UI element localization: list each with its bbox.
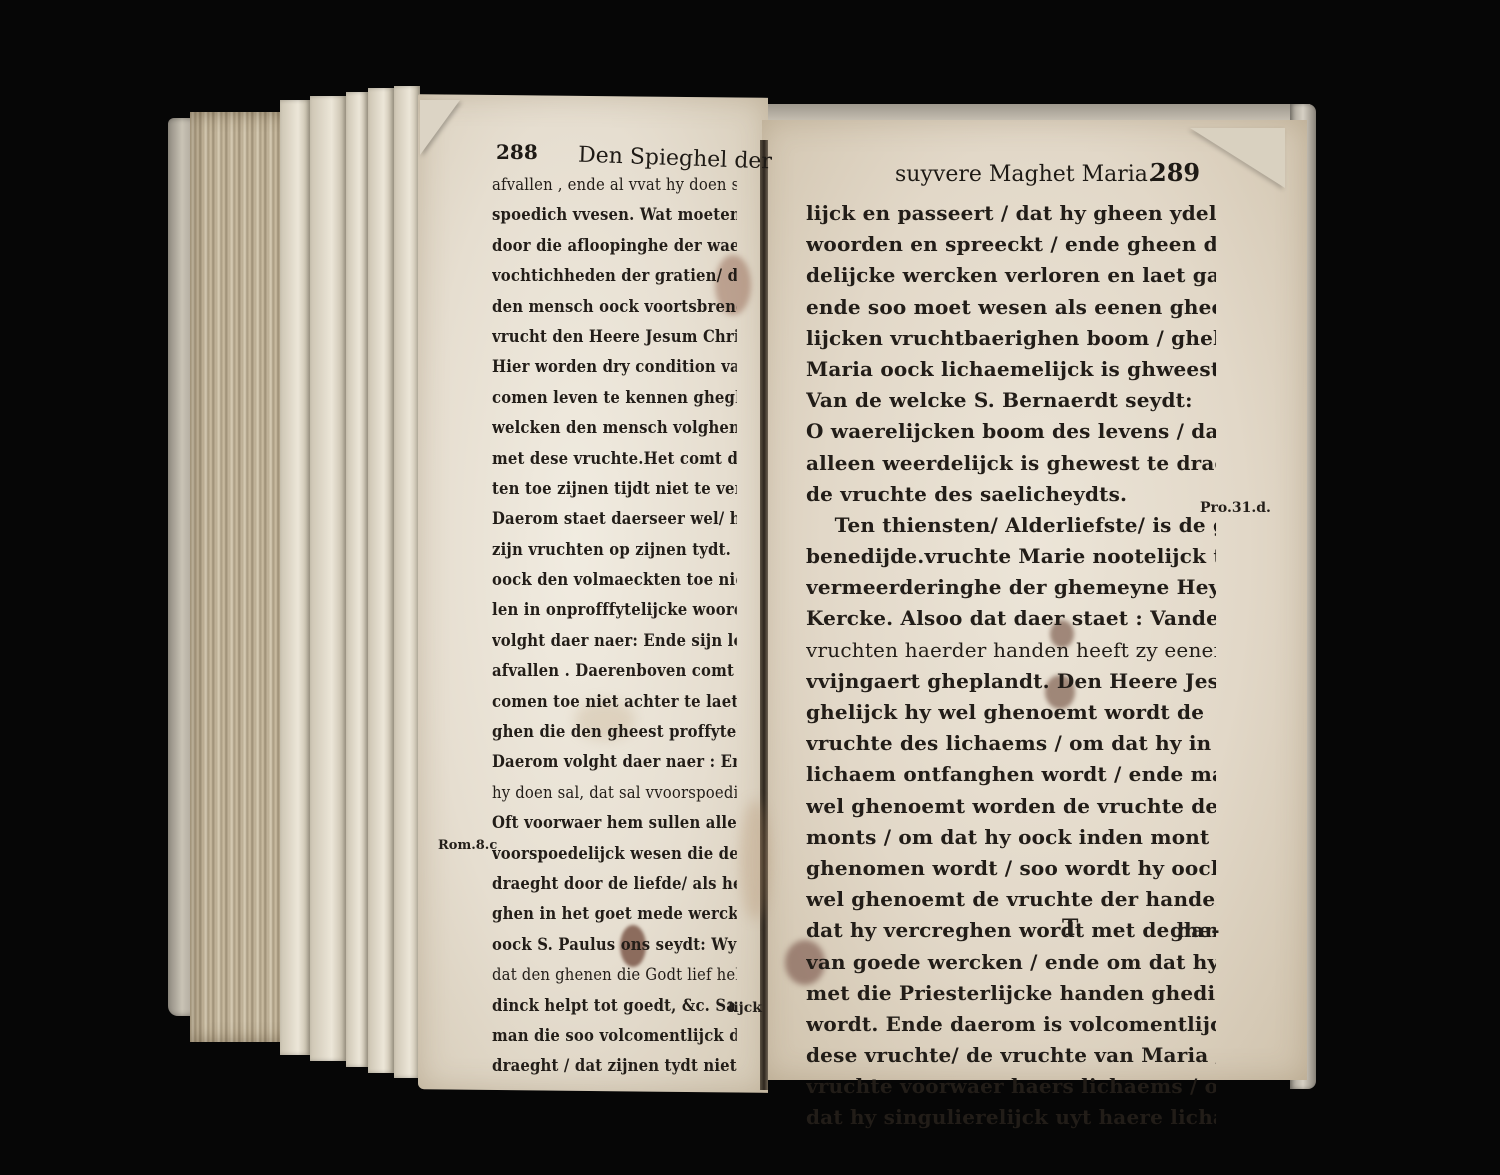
book-photograph: 288 Den Spieghel der afvallen , ende al … (0, 0, 1500, 1175)
text-line: dat hy vercreghen wordt met de handen (806, 915, 1216, 946)
page-number-left: 288 (496, 140, 538, 164)
text-line: oock den volmaeckten toe niet uyt te val… (492, 565, 737, 595)
text-line: hy doen sal, dat sal vvoorspoedich vvese… (492, 778, 737, 808)
text-line: ghenomen wordt / soo wordt hy oock (806, 853, 1216, 884)
text-line: volght daer naer: Ende sijn loof en sal … (492, 626, 737, 656)
catchword-right: ghe- (1170, 918, 1220, 942)
text-line: draeght / dat zijnen tydt niet onproffyt… (492, 1051, 737, 1081)
text-line: comen leven te kennen ghegheven / de (492, 383, 737, 413)
text-line: Hier worden dry condition van een vol- (492, 352, 737, 382)
text-line: ende soo moet wesen als eenen gheeste- (806, 292, 1216, 323)
text-line: den mensch oock voortsbrenghe zijn (492, 292, 737, 322)
text-line: man die soo volcomentlijck dese vruchte (492, 1021, 737, 1051)
text-line: spoedich vvesen. Wat moeten wy verstaen (492, 200, 737, 230)
text-line: lijcken vruchtbaerighen boom / ghelijck (806, 323, 1216, 354)
signature-mark: T (1062, 915, 1078, 941)
text-line: wordt. Ende daerom is volcomentlijck (806, 1009, 1216, 1040)
text-line: zijn vruchten op zijnen tydt. Het comt (492, 535, 737, 565)
text-line: door die afloopinghe der waeteren / dat (492, 231, 737, 261)
text-line: lijck en passeert / dat hy gheen ydel (806, 198, 1216, 229)
text-line: Daerom staet daerseer wel/ hy sal geven (492, 504, 737, 534)
text-line: afvallen , ende al vvat hy doen sal, sal… (492, 170, 737, 200)
text-line: ten toe zijnen tijdt niet te versuymen. (492, 474, 737, 504)
text-line: lichaem ontfanghen wordt / ende mach (806, 759, 1216, 790)
text-line: welcken den mensch volghen ghelaeden (492, 413, 737, 443)
text-line: vrucht den Heere Jesum Christum. (492, 322, 737, 352)
text-line: Maria oock lichaemelijck is ghweest. (806, 354, 1216, 385)
text-line: voorspoedelijck wesen die dese vruchte (492, 839, 737, 869)
running-head-right: suyvere Maghet Maria. (895, 162, 1155, 187)
folded-corner-right (1190, 128, 1285, 188)
folded-corner-left (420, 100, 460, 155)
text-line: benedijde.vruchte Marie nootelijck tot (806, 541, 1216, 572)
text-line: vruchte voorwaer haers lichaems / om (806, 1071, 1216, 1102)
text-line: vermeerderinghe der ghemeyne Heylighe (806, 572, 1216, 603)
margin-note-left: Rom.8.c (438, 838, 497, 853)
text-line: monts / om dat hy oock inden mont (806, 822, 1216, 853)
text-line: vruchten haerder handen heeft zy eenen (806, 635, 1216, 666)
text-line: O waerelijcken boom des levens / dat (806, 416, 1216, 447)
page-stack-step (394, 86, 420, 1078)
text-line: vochtichheden der gratien/ door de welck (492, 261, 737, 291)
text-line: dinck helpt tot goedt, &c. Saelich is de… (492, 991, 737, 1021)
text-line: alleen weerdelijck is ghewest te draghen (806, 448, 1216, 479)
catchword-left: lijck (728, 1000, 762, 1016)
page-stack-step (310, 96, 346, 1061)
page-stack-step (368, 88, 394, 1073)
text-line: vruchte des lichaems / om dat hy in het (806, 728, 1216, 759)
text-line: draeght door de liefde/ als hem alle din… (492, 869, 737, 899)
text-line: ghen die den gheest proffytelijck zijn. (492, 717, 737, 747)
left-page-text: afvallen , ende al vvat hy doen sal, sal… (492, 170, 764, 1082)
text-line: Van de welcke S. Bernaerdt seydt: (806, 385, 1216, 416)
text-line: de vruchte des saelicheydts. (806, 479, 1216, 510)
text-line: len in onprofffytelijcke woorden. Daerom (492, 595, 737, 625)
text-line: van goede wercken / ende om dat hy (806, 947, 1216, 978)
text-line: Kercke. Alsoo dat daer staet : Vande (806, 603, 1216, 634)
text-line: met die Priesterlijcke handen ghedient (806, 978, 1216, 1009)
page-stack-step (346, 92, 368, 1067)
text-line: dat hy singulierelijck uyt haere lichaem (806, 1102, 1216, 1133)
text-line: wel ghenoemt worden de vruchte des (806, 791, 1216, 822)
text-line: dese vruchte/ de vruchte van Maria / de (806, 1040, 1216, 1071)
text-line: comen toe niet achter te laeten de din- (492, 687, 737, 717)
text-line: oock S. Paulus ons seydt: Wy vveten (492, 930, 737, 960)
right-page-text: lijck en passeert / dat hy gheen ydel wo… (806, 198, 1216, 1134)
text-line: Oft voorwaer hem sullen alle dinghen (492, 808, 737, 838)
text-line: Daerom volght daer naer : Ende al vvat (492, 747, 737, 777)
text-line: woorden en spreeckt / ende gheen deugh- (806, 229, 1216, 260)
text-line: vvijngaert gheplandt. Den Heere Jesus/ (806, 666, 1216, 697)
text-line: wel ghenoemt de vruchte der handen/ om (806, 884, 1216, 915)
margin-note-right: Pro.31.d. (1200, 500, 1271, 516)
page-number-right: 289 (1150, 158, 1200, 187)
text-line: dat den ghenen die Godt lief hebben alle (492, 960, 737, 990)
text-line: Ten thiensten/ Alderliefste/ is de ghe- (806, 510, 1216, 541)
text-line: delijcke wercken verloren en laet gaen/ (806, 260, 1216, 291)
page-stack-step (280, 100, 310, 1055)
text-line: afvallen . Daerenboven comt het den vol- (492, 656, 737, 686)
text-line: met dese vruchte.Het comt den volmaeck- (492, 444, 737, 474)
text-line: ghen in het goet mede wercken. Soo (492, 899, 737, 929)
text-line: ghelijck hy wel ghenoemt wordt de (806, 697, 1216, 728)
